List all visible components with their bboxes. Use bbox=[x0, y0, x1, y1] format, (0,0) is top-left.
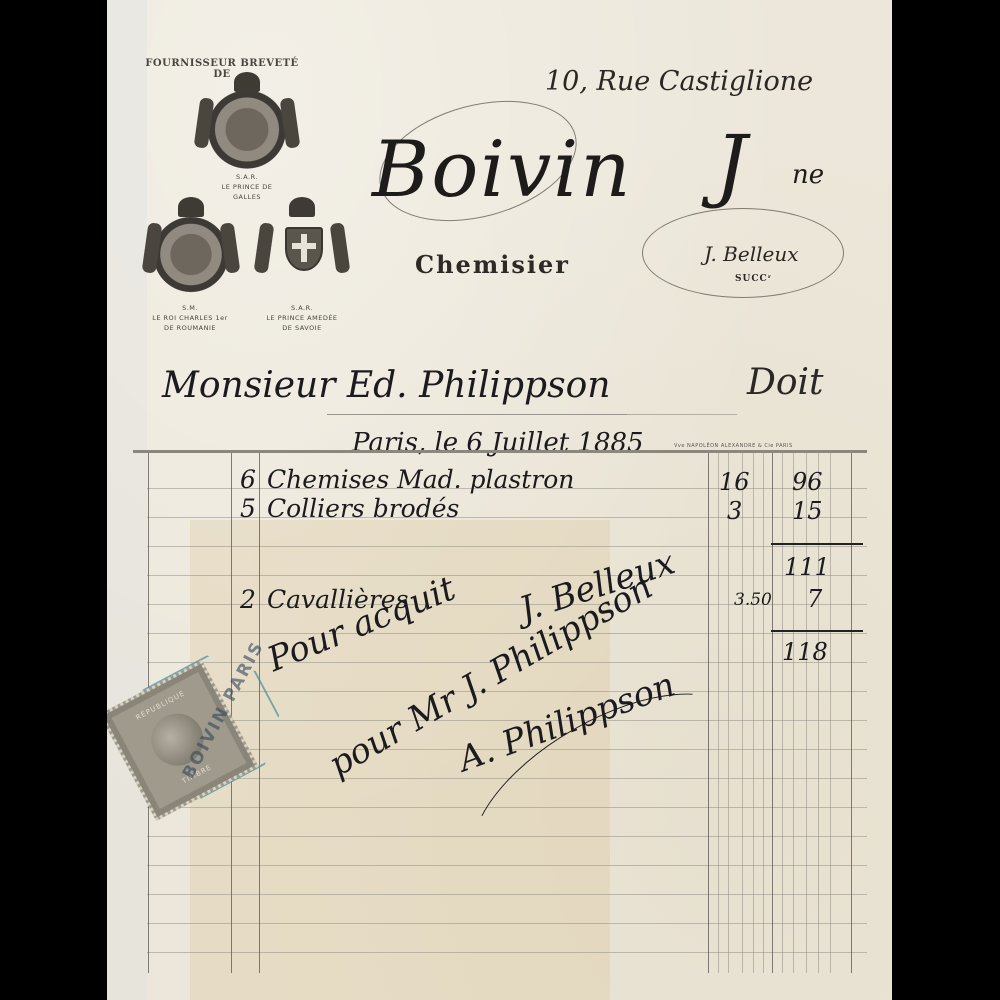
crest-caption-savoie: S.A.R. LE PRINCE AMEDÉE DE SAVOIE bbox=[247, 303, 357, 333]
total-rule bbox=[771, 630, 863, 632]
item-amount: 15 bbox=[792, 497, 823, 525]
invoice-paper: FOURNISSEUR BREVETÉ DE S.A.R. LE PRINCE … bbox=[107, 0, 892, 1000]
crest-caption-galles: S.A.R. LE PRINCE DE GALLES bbox=[197, 172, 297, 202]
ledger-column-line bbox=[753, 453, 754, 973]
ledger-rule bbox=[147, 923, 867, 924]
successor-abbr: SUCCʳ bbox=[735, 274, 772, 284]
item-qty: 2 bbox=[240, 585, 256, 614]
ledger-rule bbox=[147, 952, 867, 953]
item-qty: 5 bbox=[240, 494, 256, 523]
ledger-column-line bbox=[742, 453, 743, 973]
invoice-date: Paris, le 6 Juillet 1885 bbox=[352, 428, 644, 458]
brand-suffix-superscript: ne bbox=[792, 160, 824, 190]
ledger-header-bar bbox=[133, 450, 867, 453]
ledger-column-line bbox=[763, 453, 764, 973]
ledger-rule bbox=[147, 894, 867, 895]
ledger-rule bbox=[147, 633, 867, 634]
crest-prince-of-savoy-icon bbox=[257, 205, 347, 295]
item-unit-price: 3.50 bbox=[734, 590, 772, 610]
printer-credit: Vve NAPOLÉON ALEXANDRE & Cie PARIS bbox=[674, 443, 793, 449]
item-qty: 6 bbox=[240, 465, 256, 494]
item-unit-price: 16 bbox=[719, 468, 750, 496]
successor-name: J. Belleux bbox=[704, 242, 799, 266]
customer-name: Monsieur Ed. Philippson bbox=[162, 365, 610, 406]
customer-dotted-line bbox=[627, 414, 737, 415]
item-description: Chemises Mad. plastron bbox=[267, 465, 574, 494]
crest-caption-roumanie: S.M. LE ROI CHARLES 1er DE ROUMANIE bbox=[135, 303, 245, 333]
warrant-title: FOURNISSEUR BREVETÉ DE bbox=[142, 58, 302, 80]
paper-shading bbox=[107, 0, 147, 1000]
ledger-column-line bbox=[818, 453, 819, 973]
crest-prince-of-wales-icon bbox=[197, 80, 297, 170]
item-unit-price: 3 bbox=[727, 497, 742, 525]
ledger-column-line bbox=[772, 453, 773, 973]
trade-title: Chemisier bbox=[415, 250, 570, 279]
ledger-rule bbox=[147, 546, 867, 547]
total-amount: 118 bbox=[782, 638, 828, 666]
subtotal-rule bbox=[771, 543, 863, 545]
customer-underline bbox=[327, 414, 627, 415]
ledger-column-line bbox=[851, 453, 852, 973]
crest-king-of-romania-icon bbox=[145, 205, 237, 295]
ledger-rule bbox=[147, 575, 867, 576]
shop-address: 10, Rue Castiglione bbox=[545, 66, 813, 97]
doit-label: Doit bbox=[747, 362, 824, 403]
item-amount: 96 bbox=[792, 468, 823, 496]
ledger-column-line bbox=[793, 453, 794, 973]
brand-name: Boivin bbox=[372, 125, 632, 215]
ledger-column-line bbox=[782, 453, 783, 973]
ledger-column-line bbox=[806, 453, 807, 973]
ledger-column-line bbox=[830, 453, 831, 973]
item-amount: 7 bbox=[807, 585, 822, 613]
subtotal-amount: 111 bbox=[784, 553, 830, 581]
item-description: Colliers brodés bbox=[267, 494, 459, 523]
brand-suffix: J bbox=[715, 118, 747, 211]
